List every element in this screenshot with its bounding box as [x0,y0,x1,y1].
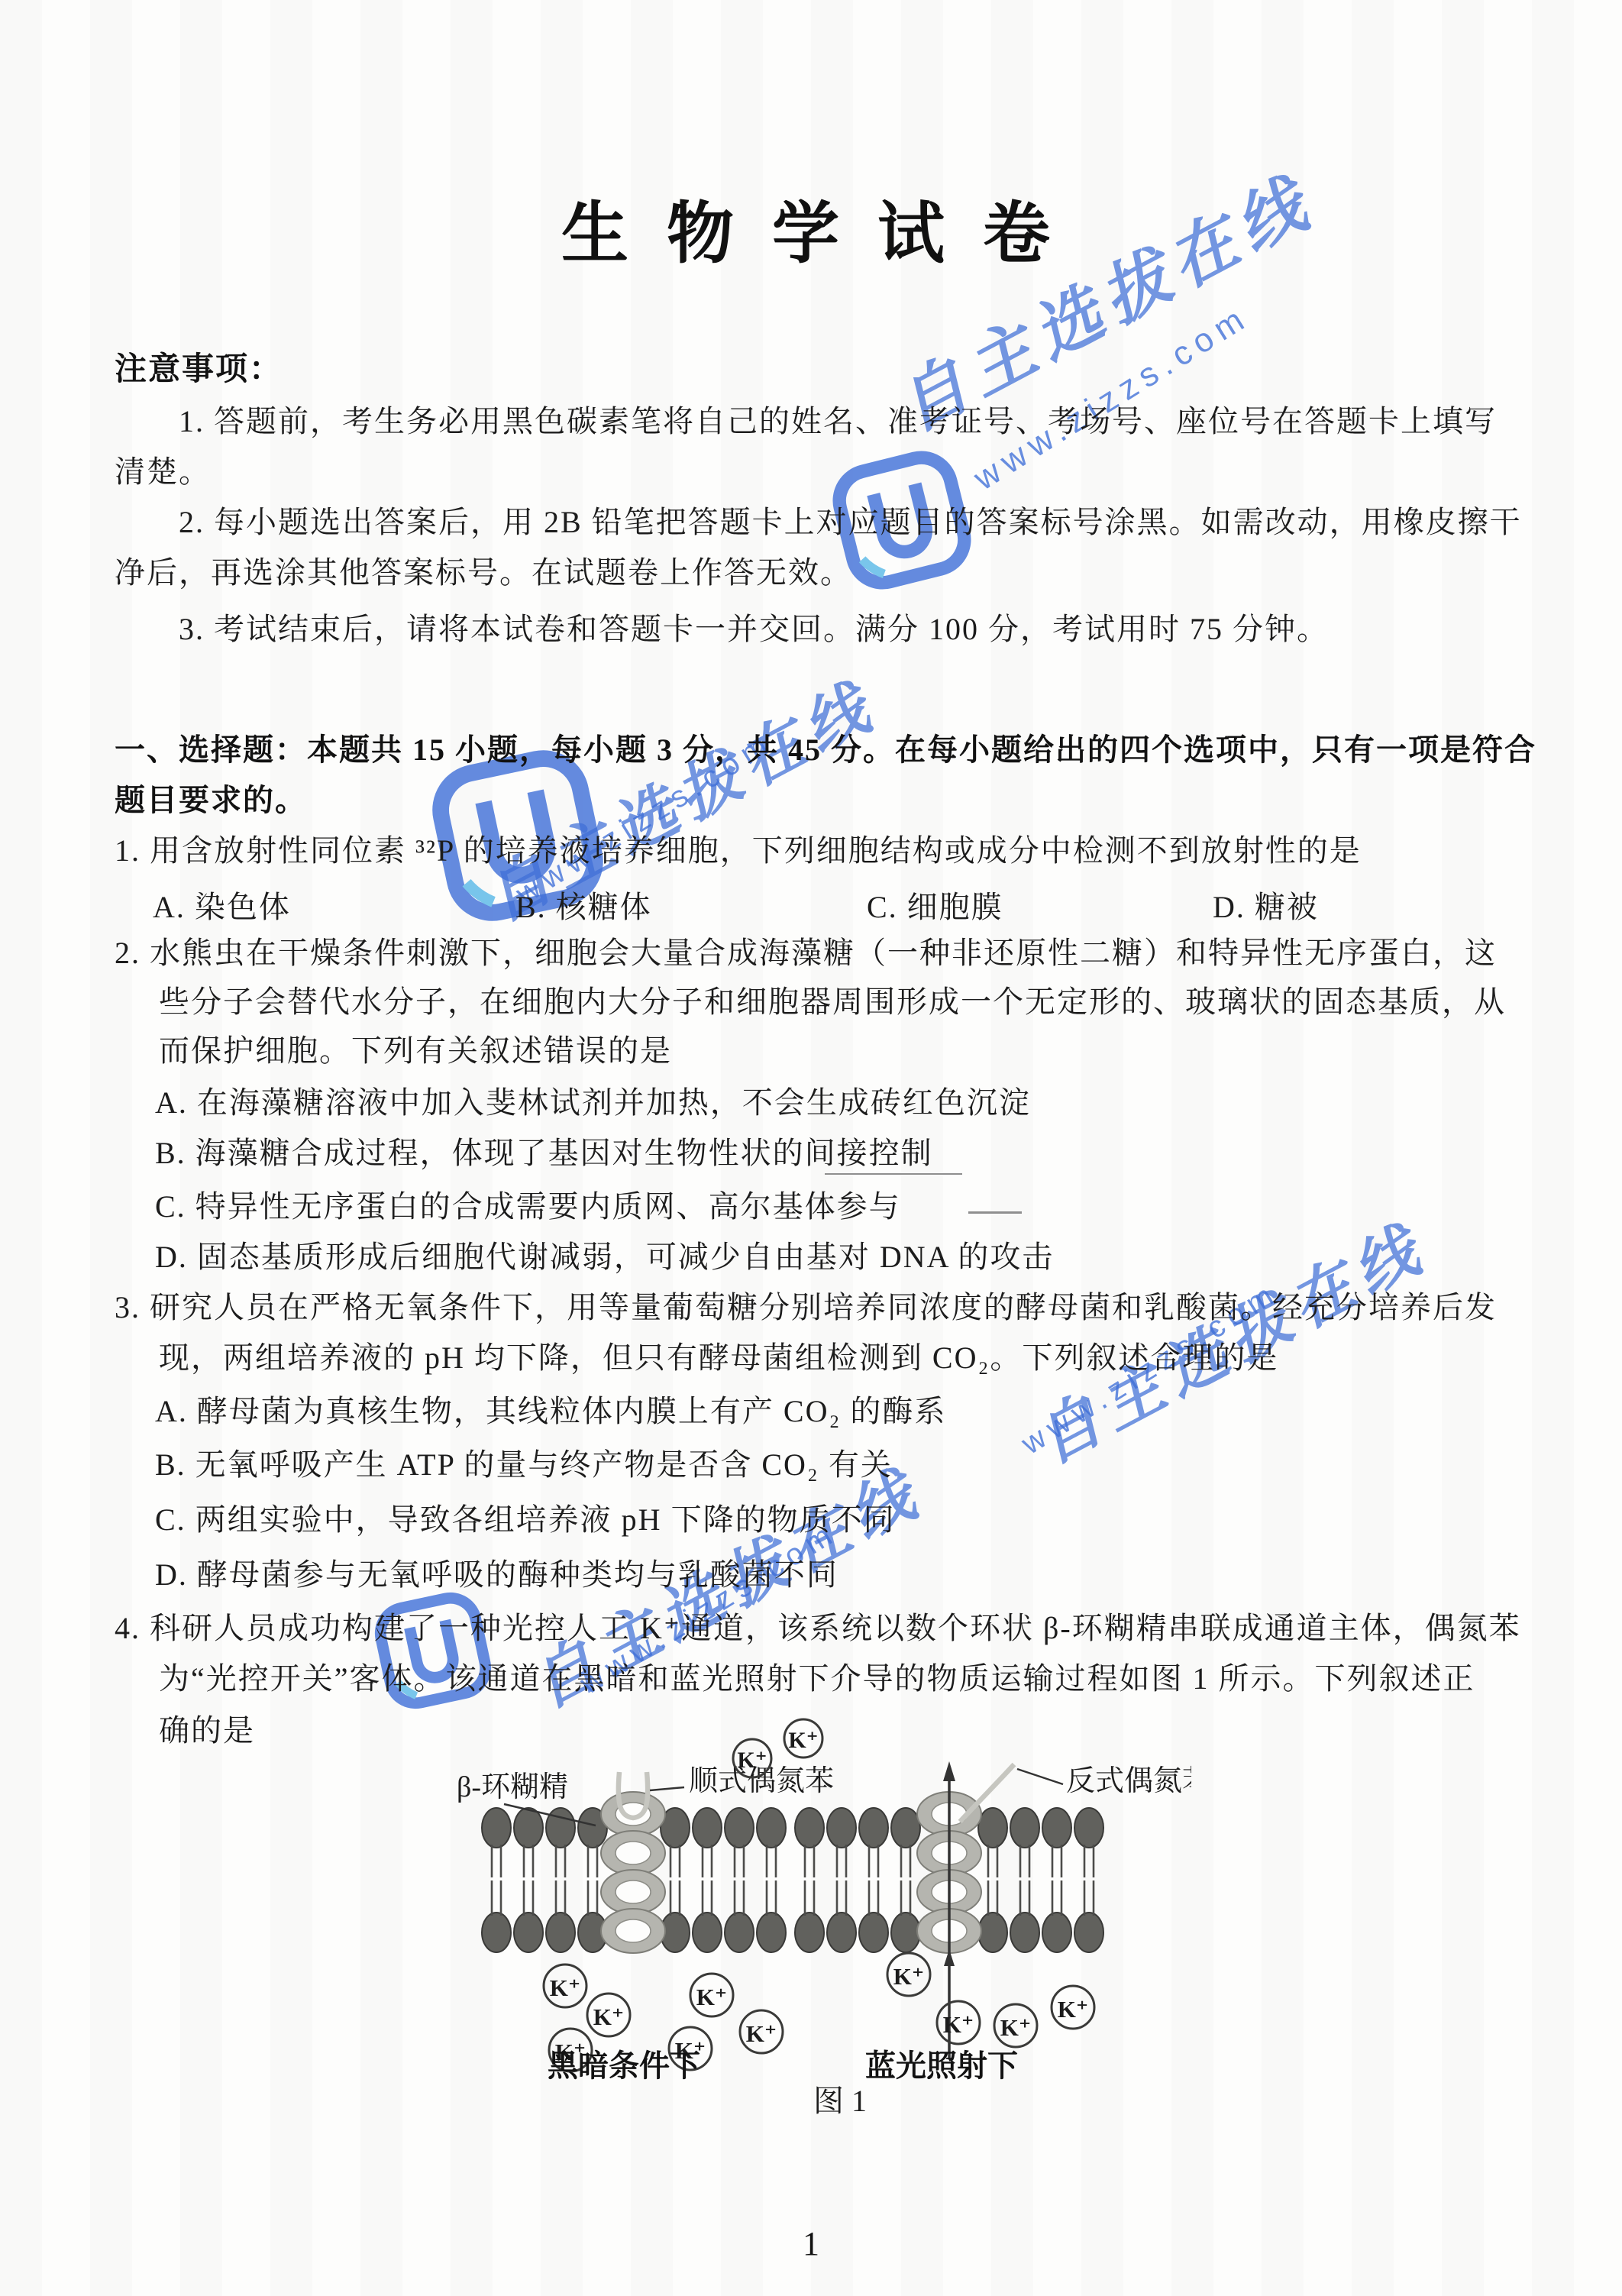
figure-caption: 图 1 [813,2084,867,2116]
watermark-logo [361,1579,504,1722]
kplus-ion-label: K⁺ [737,1748,767,1773]
kplus-ion-label: K⁺ [788,1728,818,1753]
q2-stem-line-3: 而保护细胞。下列有关叙述错误的是 [159,1033,672,1069]
q1-option-d: D. 糖被 [1213,883,1319,926]
q4-stem-line-2: 为“光控开关”客体。该通道在黑暗和蓝光照射下介导的物质运输过程如图 1 所示。下… [159,1661,1475,1697]
page-number: 1 [0,2224,1622,2263]
q3-option-d: D. 酵母菌参与无氧呼吸的酶种类均与乳酸菌不同 [155,1557,838,1593]
kplus-ion-label: K⁺ [1058,1996,1088,2023]
notice-item-2-line-1: 2. 每小题选出答案后，用 2B 铅笔把答题卡上对应题目的答案标号涂黑。如需改动… [179,504,1522,541]
scan-artifact-line [968,1211,1022,1214]
q3-stem-line-1: 3. 研究人员在严格无氧条件下，用等量葡萄糖分别培养同浓度的酵母菌和乳酸菌。经充… [115,1289,1497,1326]
notice-item-3: 3. 考试结束后，请将本试卷和答题卡一并交回。满分 100 分，考试用时 75 … [179,611,1329,648]
kplus-ions-below-right: K⁺ K⁺ K⁺ K⁺ [887,1953,1094,2047]
q2-option-d: D. 固态基质形成后细胞代谢减弱，可减少自由基对 DNA 的攻击 [155,1239,1054,1276]
caption-blue-light: 蓝光照射下 [865,2049,1018,2083]
q3-stem-line-2: 现，两组培养液的 pH 均下降，但只有酵母菌组检测到 CO₂。下列叙述合理的是 [159,1340,1278,1376]
kplus-ion-label: K⁺ [943,2011,974,2038]
q3-option-c: C. 两组实验中，导致各组培养液 pH 下降的物质不同 [155,1502,896,1538]
q3-option-b: B. 无氧呼吸产生 ATP 的量与终产物是否含 CO₂ 有关 [155,1447,893,1483]
q2-option-a: A. 在海藻糖溶液中加入斐林试剂并加热，不会生成砖红色沉淀 [155,1085,1031,1121]
notice-item-1-line-2: 清楚。 [115,454,211,490]
caption-dark-condition: 黑暗条件下 [548,2049,700,2083]
kplus-ion-label: K⁺ [746,2020,777,2047]
notice-heading: 注意事项： [115,351,283,388]
q4-stem-line-3: 确的是 [159,1712,255,1749]
q2-option-c: C. 特异性无序蛋白的合成需要内质网、高尔基体参与 [155,1188,901,1225]
kplus-ion-label: K⁺ [893,1963,924,1990]
scan-artifact-line [825,1173,962,1175]
figure-1-svg: β-环糊精 顺式偶氮苯 反式偶氮苯 K⁺ K⁺ K⁺ K⁺ [428,1711,1191,2116]
section-header-line-1: 一、选择题：本题共 15 小题，每小题 3 分，共 45 分。在每小题给出的四个… [115,732,1536,768]
q3-option-a: A. 酵母菌为真核生物，其线粒体内膜上有产 CO₂ 的酶系 [155,1393,946,1430]
section-header-line-2: 题目要求的。 [115,782,307,819]
kplus-ion-label: K⁺ [1000,2014,1031,2041]
q4-stem-line-1: 4. 科研人员成功构建了一种光控人工 K⁺通道，该系统以数个环状 β-环糊精串联… [115,1610,1521,1647]
notice-item-2-line-2: 净后，再选涂其他答案标号。在试题卷上作答无效。 [115,555,852,591]
q1-stem: 1. 用含放射性同位素 ³²P 的培养液培养细胞，下列细胞结构或成分中检测不到放… [115,833,1362,869]
q2-stem-line-1: 2. 水熊虫在干燥条件刺激下，细胞会大量合成海藻糖（一种非还原性二糖）和特异性无… [115,935,1497,972]
notice-item-1-line-1: 1. 答题前，考生务必用黑色碳素笔将自己的姓名、准考证号、考场号、座位号在答题卡… [179,403,1497,440]
kplus-ion-label: K⁺ [696,1984,727,2010]
q1-option-c: C. 细胞膜 [867,883,1003,926]
kplus-ion-label: K⁺ [550,1974,580,2001]
figure-1: β-环糊精 顺式偶氮苯 反式偶氮苯 K⁺ K⁺ K⁺ K⁺ [428,1711,1191,2116]
page-title: 生 物 学 试 卷 [0,180,1622,276]
kplus-ion-label: K⁺ [593,2003,624,2030]
q1-option-b: B. 核糖体 [515,883,652,926]
watermark-url-text: www.zizzs.com [968,298,1257,498]
label-beta-cyclodextrin: β-环糊精 [457,1771,568,1803]
q2-stem-line-2: 些分子会替代水分子，在细胞内大分子和细胞器周围形成一个无定形的、玻璃状的固态基质… [159,984,1506,1020]
exam-paper-page: 自主选拔在线 www.zizzs.com 自主选拔在线 www.zizzs.co… [0,0,1622,2296]
label-trans-azobenzene: 反式偶氮苯 [1066,1765,1191,1797]
q1-option-a: A. 染色体 [153,883,291,926]
q2-option-b: B. 海藻糖合成过程，体现了基因对生物性状的间接控制 [155,1135,933,1172]
